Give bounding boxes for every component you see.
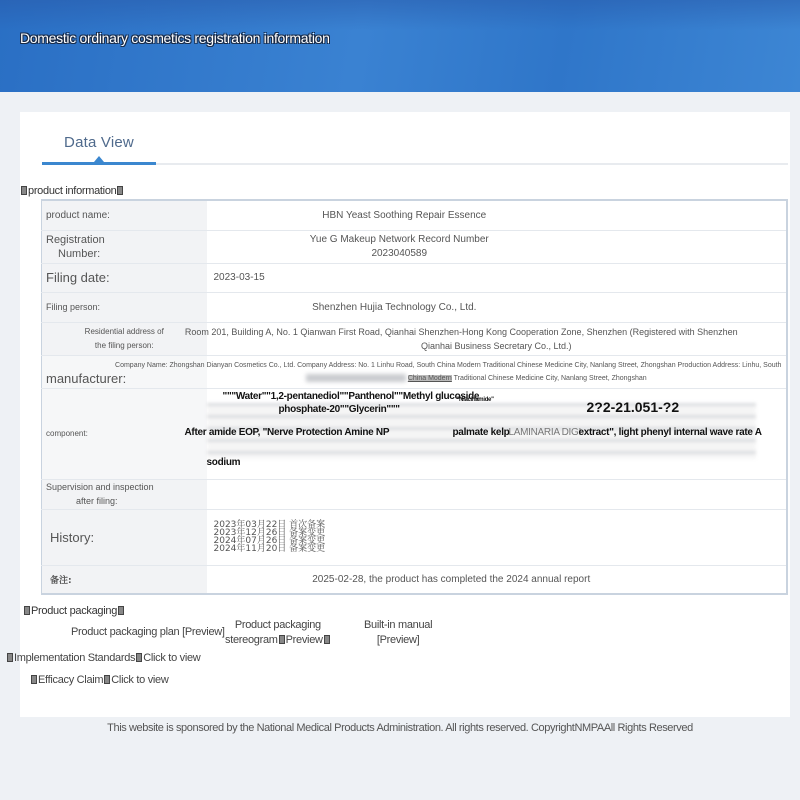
bracket-open-icon — [7, 653, 13, 662]
filing-person-value: Shenzhen Hujia Technology Co., Ltd. — [207, 292, 788, 322]
manufacturer-link[interactable]: China Modern — [408, 375, 452, 382]
bracket-close-icon — [117, 186, 123, 195]
component-label: component: — [42, 388, 207, 479]
efficacy-claim-link[interactable]: Efficacy ClaimClick to view — [30, 673, 169, 688]
footer-copyright: This website is sponsored by the Nationa… — [0, 722, 800, 734]
table-row: Residential address of the filing person… — [42, 322, 788, 355]
history-label: History: — [42, 509, 207, 565]
table-row: product name: HBN Yeast Soothing Repair … — [42, 200, 788, 230]
redacted-text — [306, 374, 406, 382]
bracket-open-icon — [31, 675, 37, 684]
footer: This website is sponsored by the Nationa… — [0, 717, 800, 800]
table-row: Filing date: 2023-03-15 — [42, 263, 788, 292]
table-row: component: """Water""1,2-pentanediol""Pa… — [42, 388, 788, 479]
component-value: """Water""1,2-pentanediol""Panthenol""Me… — [207, 388, 788, 479]
tab-bar: Data View — [42, 112, 788, 168]
residential-address-value: Room 201, Building A, No. 1 Qianwan Firs… — [207, 322, 788, 355]
remark-value: 2025-02-28, the product has completed th… — [207, 565, 788, 594]
bracket-close-icon — [118, 606, 124, 615]
product-name-value: HBN Yeast Soothing Repair Essence — [207, 200, 788, 230]
packaging-stereogram-preview-link[interactable]: Product packaging stereogramPreview — [225, 618, 331, 648]
filing-date-label: Filing date: — [42, 263, 207, 292]
bracket-close-icon — [324, 635, 330, 644]
section-product-information: product information — [20, 185, 124, 197]
manufacturer-value: Company Name: Zhongshan Dianyan Cosmetic… — [207, 355, 788, 388]
supervision-label: Supervision and inspection after filing: — [42, 479, 207, 509]
registration-number-value: Yue G Makeup Network Record Number 20230… — [207, 230, 788, 263]
packaging-plan-preview-link[interactable]: Product packaging plan [Preview] — [71, 625, 225, 640]
filing-person-label: Filing person: — [42, 292, 207, 322]
section-product-packaging: Product packaging — [23, 605, 125, 617]
bracket-close-icon — [136, 653, 142, 662]
table-row: Registration Number: Yue G Makeup Networ… — [42, 230, 788, 263]
tab-data-view[interactable]: Data View — [42, 134, 156, 151]
table-row: 备注: 2025-02-28, the product has complete… — [42, 565, 788, 594]
bracket-close-icon — [104, 675, 110, 684]
bracket-open-icon — [279, 635, 285, 644]
table-row: History: 2023年03月22日 首次备案 2023年12月26日 备案… — [42, 509, 788, 565]
page-title: Domestic ordinary cosmetics registration… — [20, 30, 330, 46]
supervision-value — [207, 479, 788, 509]
caret-up-icon — [94, 156, 104, 162]
filing-date-value: 2023-03-15 — [207, 263, 788, 292]
product-info-table: product name: HBN Yeast Soothing Repair … — [41, 199, 788, 595]
registration-number-label: Registration Number: — [42, 230, 207, 263]
implementation-standards-link[interactable]: Implementation StandardsClick to view — [6, 651, 200, 666]
bracket-open-icon — [21, 186, 27, 195]
table-row: Supervision and inspection after filing: — [42, 479, 788, 509]
table-row: Filing person: Shenzhen Hujia Technology… — [42, 292, 788, 322]
table-row: manufacturer: Company Name: Zhongshan Di… — [42, 355, 788, 388]
content-card: Data View product information product na… — [20, 112, 790, 717]
bracket-open-icon — [24, 606, 30, 615]
product-name-label: product name: — [42, 200, 207, 230]
header-banner: Domestic ordinary cosmetics registration… — [0, 0, 800, 92]
tab-active-indicator — [42, 162, 156, 165]
built-in-manual-preview-link[interactable]: Built-in manual [Preview] — [364, 618, 432, 648]
history-value: 2023年03月22日 首次备案 2023年12月26日 备案变更 2024年0… — [207, 509, 788, 565]
